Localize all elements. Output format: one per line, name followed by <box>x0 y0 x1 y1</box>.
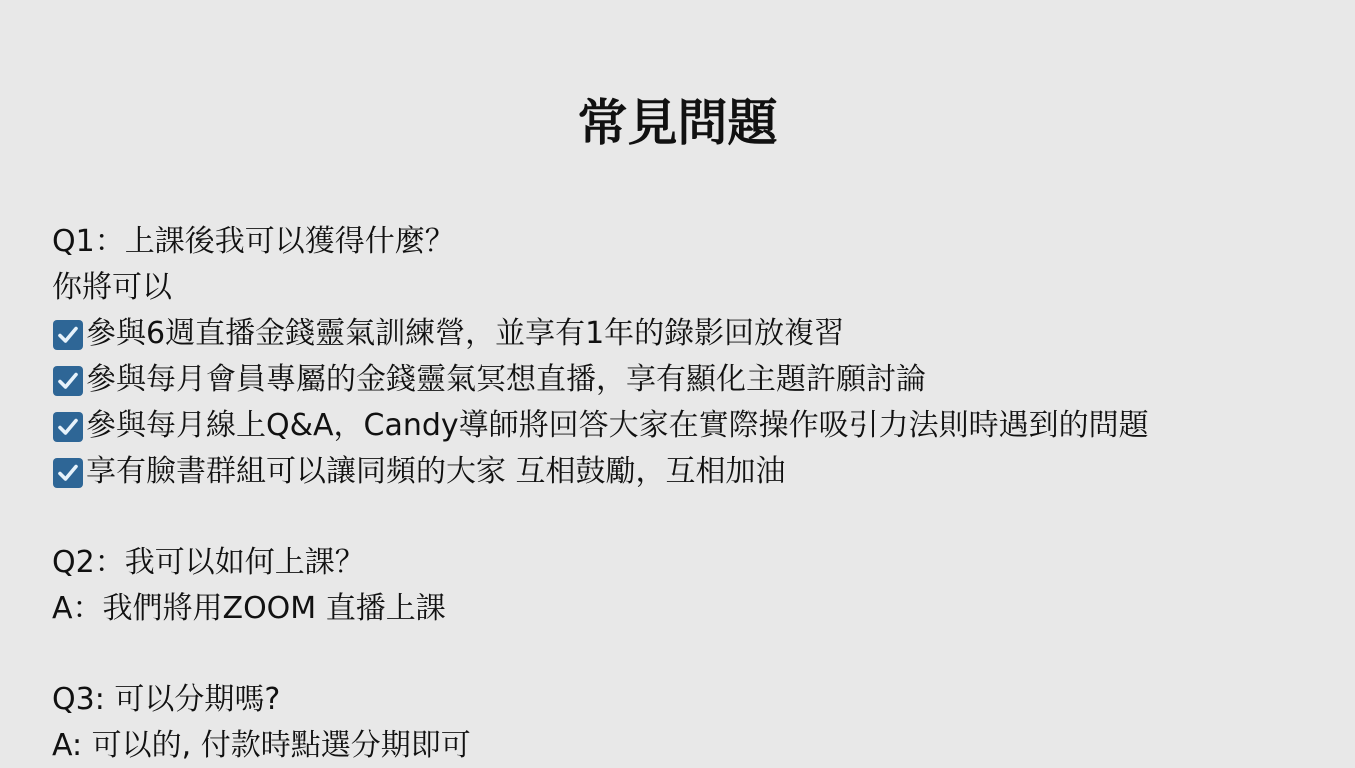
checkbox-checked-icon <box>52 457 84 489</box>
section-spacer <box>52 495 1342 540</box>
faq-q3-answer: A: 可以的, 付款時點選分期即可 <box>52 723 1342 768</box>
faq-q1-intro: 你將可以 <box>52 265 1342 311</box>
faq-list: Q1：上課後我可以獲得什麼？ 你將可以 參與6週直播金錢靈氣訓練營，並享有1年的… <box>52 219 1342 768</box>
benefit-text: 享有臉書群組可以讓同頻的大家 互相鼓勵，互相加油 <box>86 449 786 495</box>
section-spacer <box>52 632 1342 677</box>
faq-q1-question: Q1：上課後我可以獲得什麼？ <box>52 219 1342 265</box>
benefit-item: 享有臉書群組可以讓同頻的大家 互相鼓勵，互相加油 <box>52 449 1342 495</box>
checkbox-checked-icon <box>52 411 84 443</box>
checkbox-checked-icon <box>52 365 84 397</box>
benefit-item: 參與每月會員專屬的金錢靈氣冥想直播，享有顯化主題許願討論 <box>52 357 1342 403</box>
benefit-text: 參與每月線上Q&A，Candy導師將回答大家在實際操作吸引力法則時遇到的問題 <box>86 403 1149 449</box>
faq-q2-answer: A：我們將用ZOOM 直播上課 <box>52 586 1342 632</box>
checkbox-checked-icon <box>52 319 84 351</box>
benefit-text: 參與6週直播金錢靈氣訓練營，並享有1年的錄影回放複習 <box>86 311 844 357</box>
faq-q2-question: Q2：我可以如何上課？ <box>52 540 1342 586</box>
benefit-text: 參與每月會員專屬的金錢靈氣冥想直播，享有顯化主題許願討論 <box>86 357 926 403</box>
benefit-item: 參與每月線上Q&A，Candy導師將回答大家在實際操作吸引力法則時遇到的問題 <box>52 403 1342 449</box>
benefit-item: 參與6週直播金錢靈氣訓練營，並享有1年的錄影回放複習 <box>52 311 1342 357</box>
faq-q3-question: Q3: 可以分期嗎? <box>52 677 1342 723</box>
page-title: 常見問題 <box>0 88 1355 158</box>
